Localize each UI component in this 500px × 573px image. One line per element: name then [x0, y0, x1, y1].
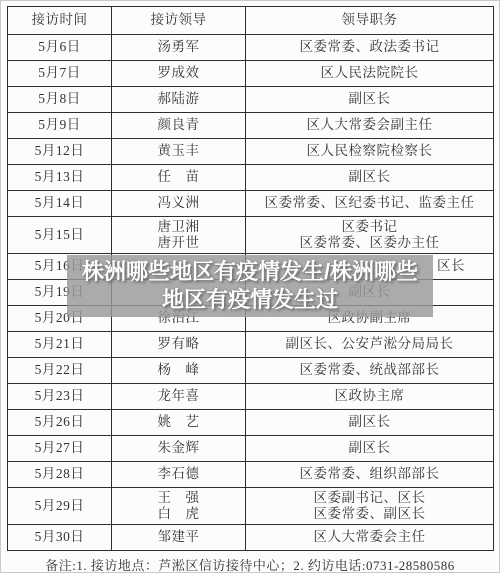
- table-row: 5月15日唐卫湘唐开世区委书记区委常委、区委办主任: [8, 217, 494, 254]
- cell-leader-position: 区人民检察院检察长: [246, 139, 494, 165]
- cell-date: 5月22日: [8, 358, 112, 384]
- cell-date: 5月29日: [8, 488, 112, 525]
- cell-leader-position: 区人大常委会主任: [246, 525, 494, 551]
- leader-name-line: 朱金辉: [114, 440, 243, 456]
- leader-name-line: 龙年喜: [114, 388, 243, 404]
- cell-leader-name: 汤勇军: [112, 35, 246, 61]
- cell-leader-position: 区政协主席: [246, 384, 494, 410]
- cell-date: 5月9日: [8, 113, 112, 139]
- table-row: 5月21日罗有略副区长、公安芦淞分局局长: [8, 332, 494, 358]
- leader-position-line: 副区长: [248, 91, 491, 107]
- cell-date: 5月27日: [8, 436, 112, 462]
- table-row: 5月29日王 强白 虎区委副书记、区长区委常委、副区长: [8, 488, 494, 525]
- table-row: 5月22日杨 峰区委常委、统战部部长: [8, 358, 494, 384]
- leader-name-line: 罗成效: [114, 65, 243, 81]
- cell-leader-position: 区委常委、组织部部长: [246, 462, 494, 488]
- cell-leader-position: 副区长: [246, 165, 494, 191]
- cell-leader-name: 罗有略: [112, 332, 246, 358]
- leader-position-line: 副区长: [248, 440, 491, 456]
- leader-name-line: 罗有略: [114, 336, 243, 352]
- cell-leader-name: 罗成效: [112, 61, 246, 87]
- leader-position-line: 区委常委、统战部部长: [248, 362, 491, 378]
- leader-name-line: 任 苗: [114, 169, 243, 185]
- cell-date: 5月7日: [8, 61, 112, 87]
- table-row: 5月6日汤勇军区委常委、政法委书记: [8, 35, 494, 61]
- table-row: 5月14日冯义洲区委常委、区纪委书记、监委主任: [8, 191, 494, 217]
- cell-leader-name: 颜良青: [112, 113, 246, 139]
- cell-leader-position: 副区长: [246, 410, 494, 436]
- cell-leader-name: 杨 峰: [112, 358, 246, 384]
- leader-position-line: 区委副书记、区长: [248, 490, 491, 506]
- leader-name-line: 姚 艺: [114, 414, 243, 430]
- leader-name-line: 黄玉丰: [114, 143, 243, 159]
- cell-date: 5月15日: [8, 217, 112, 254]
- cell-date: 5月12日: [8, 139, 112, 165]
- column-header-leader: 接访领导: [112, 7, 246, 35]
- cell-leader-position: 区委常委、区纪委书记、监委主任: [246, 191, 494, 217]
- cell-leader-name: 李石德: [112, 462, 246, 488]
- cell-leader-position: 区委书记区委常委、区委办主任: [246, 217, 494, 254]
- leader-position-line: 区委常委、副区长: [248, 506, 491, 522]
- leader-name-line: 唐开世: [114, 235, 243, 251]
- table-row: 5月23日龙年喜区政协主席: [8, 384, 494, 410]
- table-row: 5月13日任 苗副区长: [8, 165, 494, 191]
- leader-position-line: 区委常委、政法委书记: [248, 39, 491, 55]
- table-row: 5月9日颜良青区人大常委会副主任: [8, 113, 494, 139]
- leader-position-line: 区人大常委会主任: [248, 529, 491, 545]
- cell-date: 5月13日: [8, 165, 112, 191]
- leader-position-line: 区委常委、区委办主任: [248, 235, 491, 251]
- cell-leader-name: 郝陆游: [112, 87, 246, 113]
- table-row: 5月12日黄玉丰区人民检察院检察长: [8, 139, 494, 165]
- watermark-line2: 地区有疫情发生过: [162, 286, 338, 314]
- leader-name-line: 冯义洲: [114, 195, 243, 211]
- cell-leader-name: 冯义洲: [112, 191, 246, 217]
- leader-position-line: 区人民检察院检察长: [248, 143, 491, 159]
- cell-leader-name: 朱金辉: [112, 436, 246, 462]
- cell-date: 5月23日: [8, 384, 112, 410]
- header-row: 接访时间 接访领导 领导职务: [8, 7, 494, 35]
- leader-position-line: 区委书记: [248, 219, 491, 235]
- leader-name-line: 白 虎: [114, 506, 243, 522]
- leader-position-line: 副区长: [248, 414, 491, 430]
- leader-name-line: 李石德: [114, 466, 243, 482]
- cell-leader-name: 唐卫湘唐开世: [112, 217, 246, 254]
- cell-leader-name: 任 苗: [112, 165, 246, 191]
- table-header: 接访时间 接访领导 领导职务: [8, 7, 494, 35]
- table-row: 5月7日罗成效区人民法院院长: [8, 61, 494, 87]
- cell-leader-position: 区人民法院院长: [246, 61, 494, 87]
- cell-leader-position: 区委常委、统战部部长: [246, 358, 494, 384]
- leader-position-line: 副区长、公安芦淞分局局长: [248, 336, 491, 352]
- leader-name-line: 杨 峰: [114, 362, 243, 378]
- leader-name-line: 颜良青: [114, 117, 243, 133]
- watermark-overlay: 株洲哪些地区有疫情发生/株洲哪些 地区有疫情发生过: [67, 255, 433, 317]
- table-row: 5月26日姚 艺副区长: [8, 410, 494, 436]
- cell-leader-name: 龙年喜: [112, 384, 246, 410]
- cell-leader-position: 副区长: [246, 436, 494, 462]
- cell-date: 5月26日: [8, 410, 112, 436]
- leader-position-line: 区委常委、区纪委书记、监委主任: [248, 195, 491, 211]
- column-header-position: 领导职务: [246, 7, 494, 35]
- leader-position-line: 区人民法院院长: [248, 65, 491, 81]
- leader-name-line: 王 强: [114, 490, 243, 506]
- cell-leader-position: 区委副书记、区长区委常委、副区长: [246, 488, 494, 525]
- cell-date: 5月30日: [8, 525, 112, 551]
- table-row: 5月27日朱金辉副区长: [8, 436, 494, 462]
- leader-name-line: 唐卫湘: [114, 219, 243, 235]
- cell-date: 5月14日: [8, 191, 112, 217]
- leader-position-line: 副区长: [248, 169, 491, 185]
- cell-leader-name: 邹建平: [112, 525, 246, 551]
- cell-date: 5月21日: [8, 332, 112, 358]
- cell-leader-position: 区委常委、政法委书记: [246, 35, 494, 61]
- column-header-date: 接访时间: [8, 7, 112, 35]
- cell-leader-name: 黄玉丰: [112, 139, 246, 165]
- cell-leader-position: 区人大常委会副主任: [246, 113, 494, 139]
- cell-leader-name: 王 强白 虎: [112, 488, 246, 525]
- petition-reception-schedule-page: 接访时间 接访领导 领导职务 5月6日汤勇军区委常委、政法委书记5月7日罗成效区…: [0, 0, 500, 573]
- footer-note: 备注:1. 接访地点：芦淞区信访接待中心；2. 约访电话:0731-285805…: [1, 555, 499, 573]
- leader-name-line: 郝陆游: [114, 91, 243, 107]
- leader-name-line: 汤勇军: [114, 39, 243, 55]
- cell-date: 5月8日: [8, 87, 112, 113]
- cell-leader-name: 姚 艺: [112, 410, 246, 436]
- cell-leader-position: 副区长、公安芦淞分局局长: [246, 332, 494, 358]
- table-row: 5月30日邹建平区人大常委会主任: [8, 525, 494, 551]
- leader-position-line: 区委常委、组织部部长: [248, 466, 491, 482]
- cell-leader-position: 副区长: [246, 87, 494, 113]
- cell-date: 5月6日: [8, 35, 112, 61]
- leader-position-line: 区政协主席: [248, 388, 491, 404]
- table-row: 5月28日李石德区委常委、组织部部长: [8, 462, 494, 488]
- table-row: 5月8日郝陆游副区长: [8, 87, 494, 113]
- watermark-line1: 株洲哪些地区有疫情发生/株洲哪些: [82, 258, 418, 286]
- leader-position-line: 区人大常委会副主任: [248, 117, 491, 133]
- cell-date: 5月28日: [8, 462, 112, 488]
- leader-name-line: 邹建平: [114, 529, 243, 545]
